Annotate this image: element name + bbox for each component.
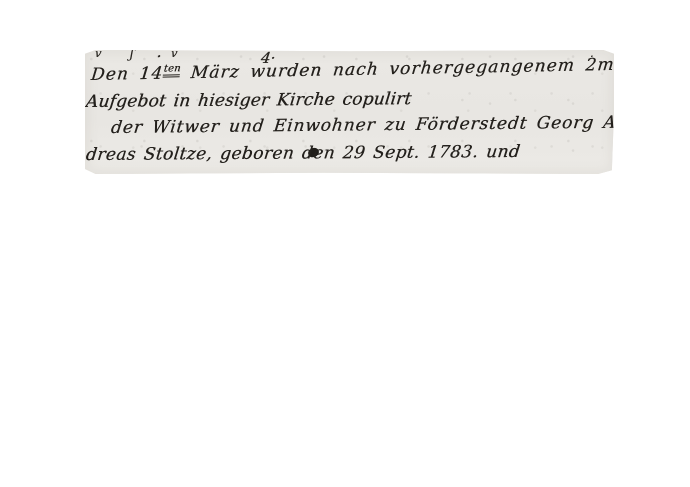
line1-ordinal-superscript: ten [163, 63, 181, 77]
document-scan-page: v ʃ · v 4· · Den 14ten März wurden nach … [0, 0, 690, 487]
handwriting-line-1: Den 14ten März wurden nach vorhergegange… [90, 54, 680, 85]
cutoff-stroke-fragment: ʃ [129, 47, 134, 61]
line1-date-prefix: Den 14 [90, 64, 164, 85]
handwriting-line-4: dreas Stoltze, geboren den 29 Sept. 1783… [85, 142, 521, 165]
line1-rest: März wurden nach vorhergegangenem 2malig… [179, 54, 680, 84]
cutoff-stroke-fragment: v [170, 47, 178, 60]
handwriting-line-2: Aufgebot in hiesiger Kirche copulirt [85, 89, 413, 112]
cutoff-stroke-fragment: · [156, 50, 162, 63]
cutoff-stroke-fragment: v [94, 47, 102, 60]
scanned-paper-strip: v ʃ · v 4· · Den 14ten März wurden nach … [85, 50, 614, 174]
handwriting-line-3: der Witwer und Einwohner zu Förderstedt … [110, 112, 657, 138]
